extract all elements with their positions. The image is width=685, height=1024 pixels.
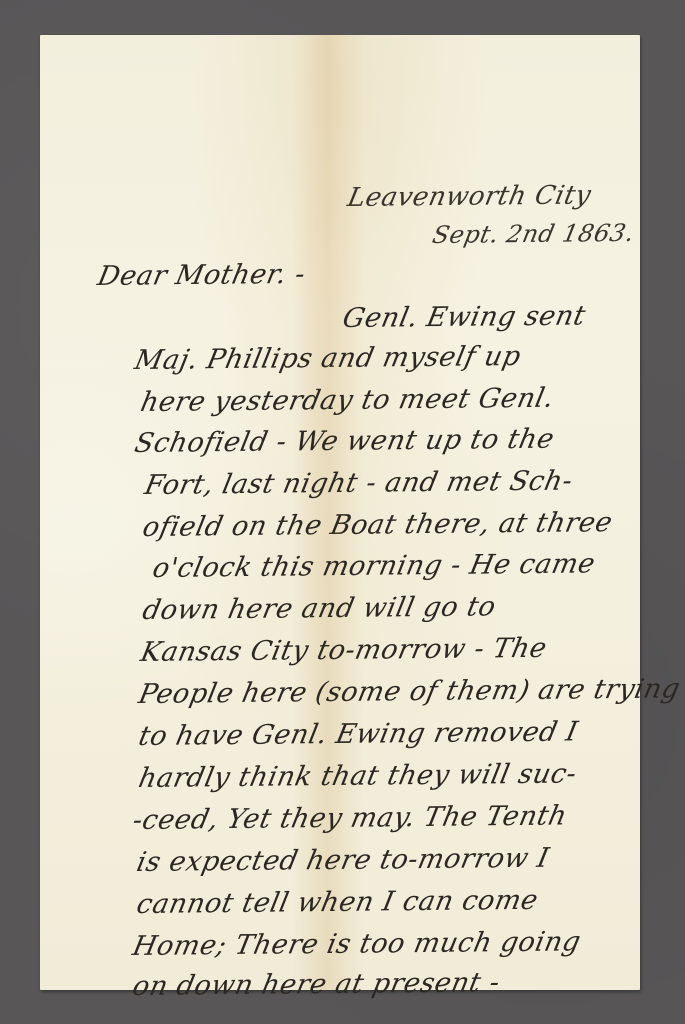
letter-line: People here (some of them) are trying xyxy=(136,673,683,710)
letter-line: Home; There is too much going xyxy=(130,926,584,962)
letter-line: Fort, last night - and met Sch- xyxy=(142,466,575,501)
letter-line: on down here at present - xyxy=(130,967,503,1002)
letter-line: to have Genl. Ewing removed I xyxy=(136,716,581,752)
letter-line: here yesterday to meet Genl. xyxy=(138,383,557,418)
letter-date: Sept. 2nd 1863. xyxy=(430,219,637,249)
letter-line: is expected here to-morrow I xyxy=(134,843,552,878)
letter-line: Kansas City to-morrow - The xyxy=(138,633,550,668)
letter-line: -ceed, Yet they may. The Tenth xyxy=(130,800,570,836)
letter-page: Leavenworth City Sept. 2nd 1863. Dear Mo… xyxy=(40,35,640,990)
letter-line: o'clock this morning - He came xyxy=(150,548,598,584)
letter-line: down here and will go to xyxy=(140,591,499,626)
letter-salutation: Dear Mother. - xyxy=(95,259,308,292)
letter-line: ofield on the Boat there, at three xyxy=(140,507,615,543)
letter-line: cannot tell when I can come xyxy=(134,885,541,920)
letter-line: hardly think that they will suc- xyxy=(136,758,579,794)
letter-line: Maj. Phillips and myself up xyxy=(132,341,524,376)
letter-line: Schofield - We went up to the xyxy=(132,424,557,459)
letter-line: Genl. Ewing sent xyxy=(340,300,588,334)
letter-place: Leavenworth City xyxy=(345,180,594,213)
